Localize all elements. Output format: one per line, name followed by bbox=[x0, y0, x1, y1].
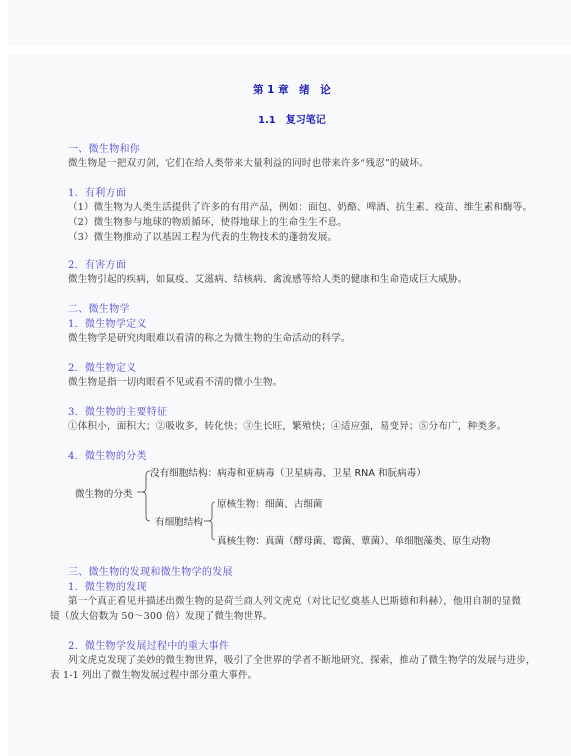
section-heading-3: 三、微生物的发现和微生物学的发展 bbox=[68, 563, 233, 578]
paragraph-line: 第一个真正看见并描述出微生物的是荷兰商人列文虎克（对比记忆奠基人巴斯德和科赫），… bbox=[68, 593, 521, 607]
branch-acellular: 没有细胞结构：病毒和亚病毒（卫星病毒、卫星 RNA 和朊病毒） bbox=[150, 465, 426, 479]
branch-eukaryote: 真核生物：真菌（酵母菌、霉菌、蕈菌）、单细胞藻类、原生动物 bbox=[217, 533, 490, 547]
subsection-heading-major-events: 2．微生物学发展过程中的重大事件 bbox=[68, 637, 229, 652]
subsection-heading-discovery: 1．微生物的发现 bbox=[68, 578, 147, 593]
branch-prokaryote: 原核生物：细菌、古细菌 bbox=[217, 496, 323, 510]
branch-cellular: 有细胞结构 bbox=[155, 514, 203, 528]
paragraph-line: 表 1-1 列出了微生物发展过程中部分重大事件。 bbox=[50, 667, 257, 681]
paragraph-line: 列文虎克发现了美妙的微生物世界，吸引了全世界的学者不断地研究、探索，推动了微生物… bbox=[68, 652, 536, 666]
paragraph-line: 镜（放大倍数为 50～300 倍）发现了微生物世界。 bbox=[50, 608, 273, 622]
